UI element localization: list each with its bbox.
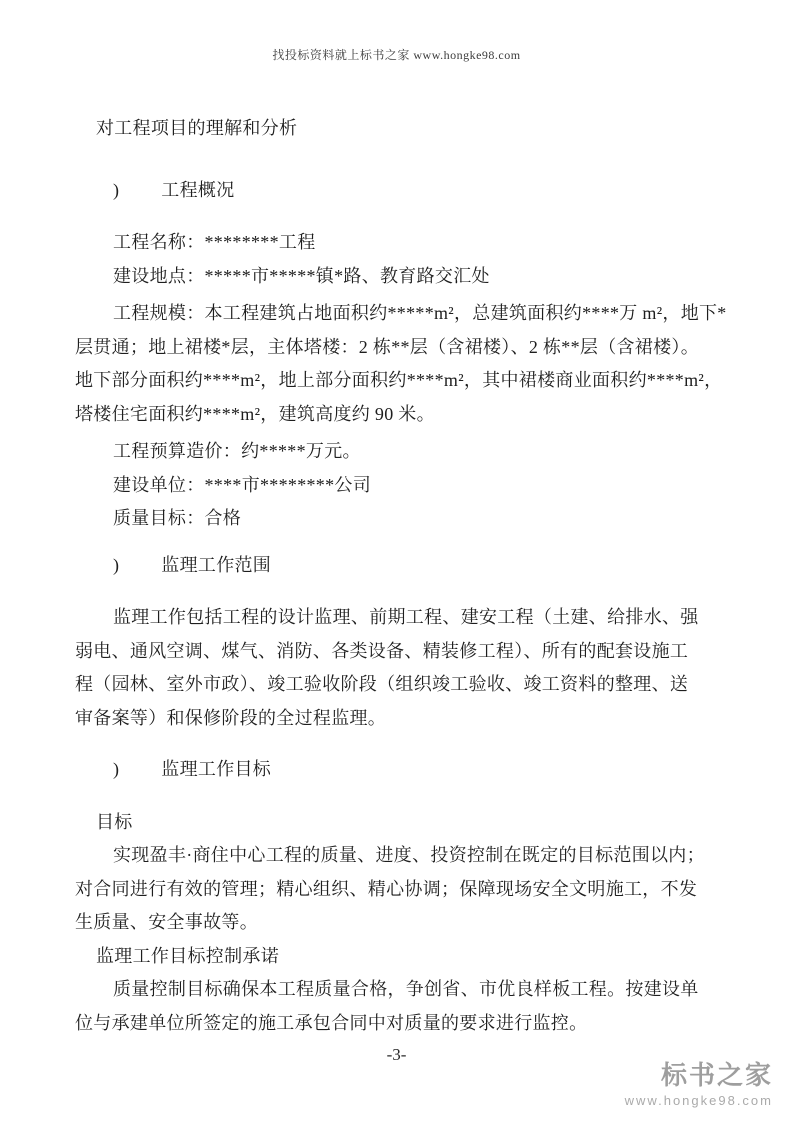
document-page: 找投标资料就上标书之家 www.hongke98.com 对工程项目的理解和分析… [0,0,793,1122]
text-line: 层贯通；地上裙楼*层，主体塔楼：2 栋**层（含裙楼）、2 栋**层（含裙楼）。 [75,331,720,365]
text-line: 审备案等）和保修阶段的全过程监理。 [75,702,720,736]
page-header-text: 找投标资料就上标书之家 www.hongke98.com [0,46,793,63]
heading-text: 监理工作目标 [161,759,271,779]
section-heading: )工程概况 [75,174,720,208]
document-body: 对工程项目的理解和分析)工程概况工程名称：********工程建设地点：****… [75,112,720,1040]
text-line: 工程规模：本工程建筑占地面积约*****m²，总建筑面积约****万 m²，地下… [75,297,720,331]
heading-paren: ) [113,759,119,779]
heading-paren: ) [113,555,119,575]
text-line: 质量控制目标确保本工程质量合格，争创省、市优良样板工程。按建设单 [75,973,720,1007]
heading-paren: ) [113,180,119,200]
text-line: 位与承建单位所签定的施工承包合同中对质量的要求进行监控。 [75,1007,720,1041]
paragraph-label: 目标 [75,806,720,840]
text-line: 监理工作包括工程的设计监理、前期工程、建安工程（土建、给排水、强 [75,601,720,635]
section-heading: )监理工作范围 [75,549,720,583]
text-line: 对合同进行有效的管理；精心组织、精心协调；保障现场安全文明施工，不发 [75,873,720,907]
text-line: 质量目标：合格 [75,502,720,536]
section-heading: )监理工作目标 [75,753,720,787]
heading-text: 工程概况 [161,180,234,200]
watermark-brand: 标书之家 [625,1060,773,1092]
watermark-url: www.hongke98.com [625,1093,773,1108]
text-line: 工程名称：********工程 [75,226,720,260]
site-watermark: 标书之家 www.hongke98.com [625,1060,773,1108]
text-line: 塔楼住宅面积约****m²，建筑高度约 90 米。 [75,398,720,432]
text-line: 建设单位：****市********公司 [75,469,720,503]
text-line: 生质量、安全事故等。 [75,906,720,940]
text-line: 工程预算造价：约*****万元。 [75,435,720,469]
text-line: 地下部分面积约****m²，地上部分面积约****m²，其中裙楼商业面积约***… [75,364,720,398]
text-line: 程（园林、室外市政）、竣工验收阶段（组织竣工验收、竣工资料的整理、送 [75,668,720,702]
text-line: 弱电、通风空调、煤气、消防、各类设备、精装修工程）、所有的配套设施工 [75,635,720,669]
heading-text: 监理工作范围 [161,555,271,575]
paragraph-label: 监理工作目标控制承诺 [75,940,720,974]
text-line: 建设地点：*****市*****镇*路、教育路交汇处 [75,260,720,294]
text-line: 实现盈丰·商住中心工程的质量、进度、投资控制在既定的目标范围以内； [75,839,720,873]
document-title: 对工程项目的理解和分析 [75,112,720,146]
